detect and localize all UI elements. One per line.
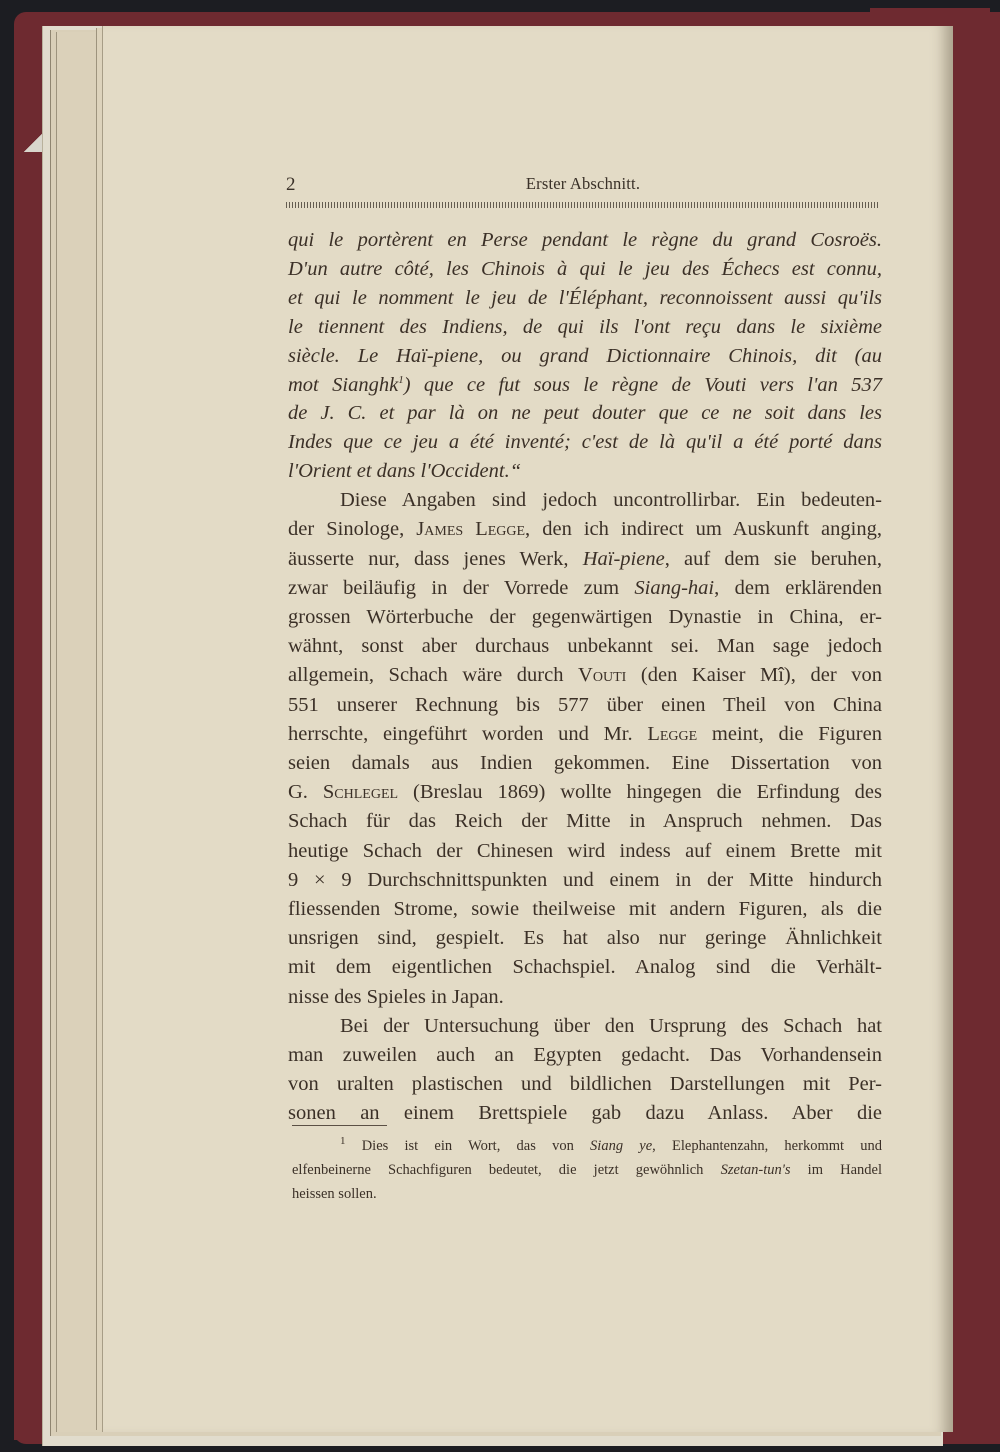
text-line: le tiennent des Indiens, de qui ils l'on… — [288, 313, 882, 342]
page-header: 2 Erster Abschnitt. — [286, 170, 880, 194]
running-head: Erster Abschnitt. — [286, 174, 880, 194]
header-rule — [286, 202, 880, 208]
text-line: von uralten plastischen und bildlichen D… — [288, 1070, 882, 1099]
text-line: der Sinologe, James Legge, den ich indir… — [288, 515, 882, 544]
text-line: wähnt, sonst aber durchaus unbekannt sei… — [288, 632, 882, 661]
text-line: de J. C. et par là on ne peut douter que… — [288, 399, 882, 428]
text-line: grossen Wörterbuche der gegenwärtigen Dy… — [288, 603, 882, 632]
text-line: zwar beiläufig in der Vorrede zum Siang-… — [288, 574, 882, 603]
text-line: unsrigen sind, gespielt. Es hat also nur… — [288, 924, 882, 953]
text-line: nisse des Spieles in Japan. — [288, 983, 882, 1012]
person-name: Vouti — [578, 664, 626, 686]
text-line: G. Schlegel (Breslau 1869) wollte hingeg… — [288, 778, 882, 807]
text-line: mit dem eigentlichen Schachspiel. Analog… — [288, 953, 882, 982]
text-line: heutige Schach der Chinesen wird indess … — [288, 837, 882, 866]
text-line: allgemein, Schach wäre durch Vouti (den … — [288, 661, 882, 690]
work-title: Siang-hai — [634, 577, 714, 599]
text-line: seien damals aus Indien gekommen. Eine D… — [288, 749, 882, 778]
text-line: qui le portèrent en Perse pendant le règ… — [288, 226, 882, 255]
text-line: äusserte nur, dass jenes Werk, Haï-piene… — [288, 545, 882, 574]
text-line: D'un autre côté, les Chinois à qui le je… — [288, 255, 882, 284]
text-line: et qui le nomment le jeu de l'Éléphant, … — [288, 284, 882, 313]
text-line: 551 unserer Rechnung bis 577 über einen … — [288, 691, 882, 720]
cover-edge — [870, 8, 990, 28]
footnote-line: 1 Dies ist ein Wort, das von Siang ye, E… — [292, 1134, 882, 1158]
text-line: siècle. Le Haï-piene, ou grand Dictionna… — [288, 342, 882, 371]
footnote-line: elfenbeinerne Schachfiguren bedeutet, di… — [292, 1158, 882, 1182]
paragraph: Bei der Untersuchung über den Ursprung d… — [288, 1012, 882, 1129]
work-title: Haï-piene — [583, 548, 665, 570]
paragraph: Diese Angaben sind jedoch uncontrollirba… — [288, 486, 882, 1012]
footnote-rule — [292, 1125, 387, 1126]
text-line: herrschte, eingeführt worden und Mr. Leg… — [288, 720, 882, 749]
text-line: l'Orient et dans l'Occident.“ — [288, 457, 882, 486]
text-line: Bei der Untersuchung über den Ursprung d… — [288, 1012, 882, 1041]
text-line: man zuweilen auch an Egypten gedacht. Da… — [288, 1041, 882, 1070]
french-quote: qui le portèrent en Perse pendant le règ… — [288, 226, 882, 486]
text-line: Indes que ce jeu a été inventé; c'est de… — [288, 428, 882, 457]
person-name: Legge — [647, 723, 697, 745]
footnote-line: heissen sollen. — [292, 1182, 882, 1206]
text-line: fliessenden Strome, sowie theilweise mit… — [288, 895, 882, 924]
text-line: 9 × 9 Durchschnittspunkten und einem in … — [288, 866, 882, 895]
person-name: Schlegel — [323, 781, 398, 803]
text-line: mot Sianghk1) que ce fut sous le règne d… — [288, 371, 882, 400]
body-text: qui le portèrent en Perse pendant le règ… — [288, 226, 882, 1129]
text-line: Diese Angaben sind jedoch uncontrollirba… — [288, 486, 882, 515]
footnote: 1 Dies ist ein Wort, das von Siang ye, E… — [292, 1134, 882, 1206]
person-name: James Legge — [416, 518, 525, 540]
text-line: Schach für das Reich der Mitte in Anspru… — [288, 807, 882, 836]
